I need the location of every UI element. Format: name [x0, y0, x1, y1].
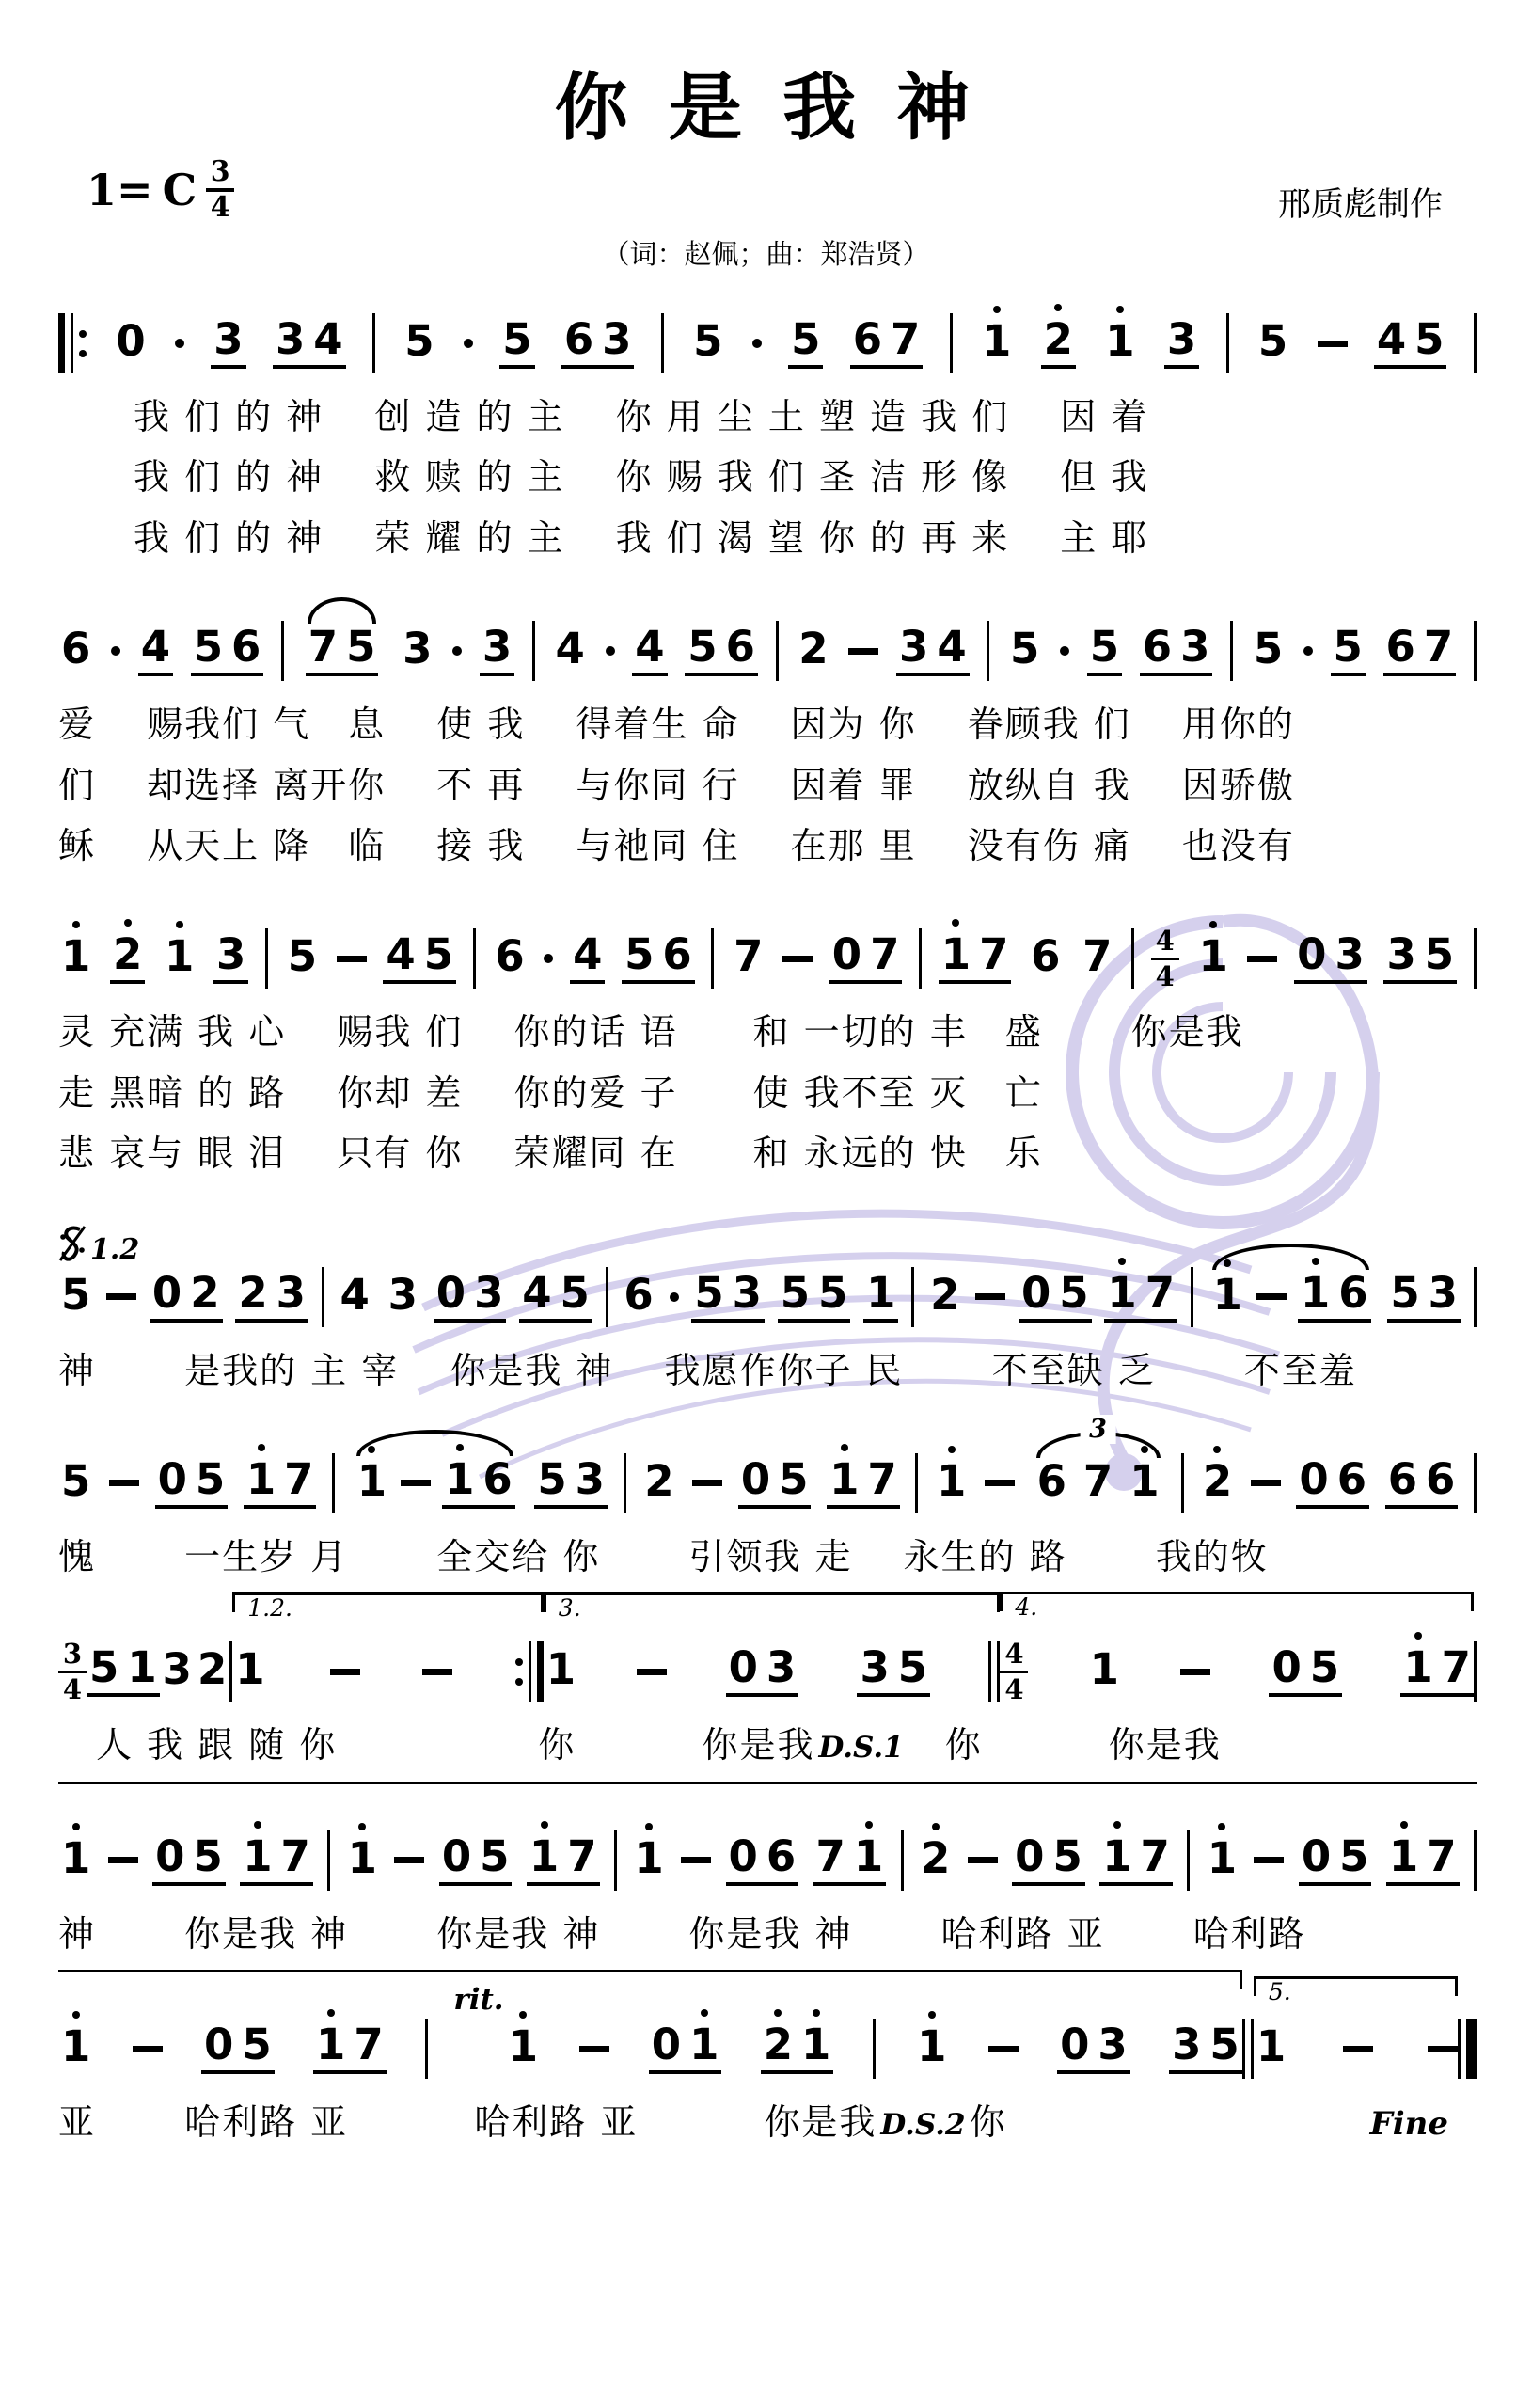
note-group: 05	[1012, 1835, 1085, 1886]
volta-content: 1051710517106712051710517	[58, 1830, 1477, 1891]
octave-dot	[368, 1446, 375, 1453]
time-signature: 44	[1000, 1640, 1028, 1703]
note-digit: 5	[1334, 626, 1363, 668]
note-digit: 4	[1377, 318, 1406, 360]
note-digit: 1	[61, 2025, 90, 2067]
note-group: 1	[232, 1648, 267, 1695]
note-group: 2	[796, 627, 830, 674]
barline	[1474, 1641, 1477, 1702]
lyric-text: 灵 充满 我 心 赐我 们 你的话 语 和 一切的 丰 盛 你是我	[58, 1009, 1244, 1055]
note-group: 1	[1102, 320, 1137, 367]
note-digit: 5	[196, 1458, 225, 1500]
barline	[327, 1830, 330, 1891]
note-group: 5	[285, 935, 320, 982]
note-digit: 5	[1090, 626, 1119, 668]
note-digit: 6	[231, 626, 261, 668]
note-digit: 5	[194, 626, 223, 668]
repeat-dots	[515, 1658, 523, 1686]
note-digit: 1	[445, 1458, 474, 1500]
note-digit: 6	[662, 933, 691, 975]
octave-dot	[645, 1823, 653, 1830]
barline	[1458, 2019, 1461, 2079]
note-digit: 7	[308, 626, 338, 668]
note-digit: 3	[1335, 933, 1364, 975]
note-group: 34	[896, 626, 970, 676]
note-digit: 3	[403, 627, 432, 670]
barline	[661, 313, 664, 373]
time-denominator: 4	[63, 1676, 82, 1703]
barline	[372, 313, 375, 373]
note-digit: 0	[1302, 1835, 1331, 1877]
note-digit: 5	[89, 1646, 118, 1688]
note-group: 17	[1386, 1835, 1460, 1886]
note-group: 17	[240, 1835, 313, 1886]
note-digit: 1	[61, 1837, 90, 1879]
octave-dot	[254, 1821, 261, 1829]
music-line: 10517rit.10121103355.1亚 哈利路 亚 哈利路 亚 你是我D…	[58, 2012, 1477, 2146]
volta-bracket: 1.2.1	[232, 1641, 544, 1702]
note-digit: 7	[734, 935, 763, 977]
note-group: 35	[1169, 2023, 1242, 2074]
note-group: 16	[1298, 1272, 1371, 1323]
note-group: 2	[195, 1648, 229, 1695]
ds-marker: D.S.2	[880, 2106, 965, 2144]
note-group: 05	[152, 1835, 226, 1886]
note-digit: 0	[152, 1272, 182, 1314]
note-digit: 6	[1426, 1458, 1455, 1500]
octave-dot	[519, 2011, 527, 2019]
note-digit: 5	[1059, 1272, 1088, 1314]
note-group: 05	[155, 1458, 229, 1509]
note-digit: 5	[687, 626, 717, 668]
note-group: 2	[918, 1837, 953, 1884]
lyric-row: 我 们 的 神 荣 耀 的 主 我 们 渴 望 你 的 再 来 主 耶	[58, 515, 1477, 562]
note-digit: 5	[1254, 627, 1283, 670]
note-digit: 3	[1167, 318, 1196, 360]
note-digit: 0	[155, 1835, 184, 1877]
music-line: 1213545645670717674410335灵 充满 我 心 赐我 们 你…	[58, 922, 1477, 1177]
note-digit: 1	[866, 1272, 895, 1314]
octave-dot	[1414, 1632, 1422, 1640]
note-group: 03	[726, 1646, 799, 1697]
duration-dash	[1428, 2046, 1458, 2052]
note-group: 1	[58, 935, 93, 982]
note-group: 3	[386, 1274, 420, 1321]
note-group: 06	[1296, 1458, 1369, 1509]
note-group: 7	[1081, 1460, 1115, 1507]
note-digit: 1	[1256, 2025, 1286, 2067]
note-group: 21	[761, 2023, 834, 2074]
duration-dash	[985, 1480, 1015, 1486]
note-digit: 3	[1386, 933, 1415, 975]
barline	[1131, 928, 1134, 989]
time-signature: 3 4	[206, 158, 234, 222]
tie-slur: 116	[1207, 1272, 1375, 1323]
notation-row: 10517rit.10121103355.1	[58, 2012, 1477, 2085]
note-digit: 7	[1083, 1460, 1113, 1502]
note-digit: 1	[348, 1837, 377, 1879]
lyric-text: 人 我 跟 随 你 你 你是我	[58, 1722, 814, 1768]
note-digit: 1	[982, 320, 1011, 362]
note-digit: 5	[61, 1274, 90, 1316]
note-group: 3	[400, 627, 434, 674]
note-group: 1	[58, 2025, 93, 2072]
note-digit: 1	[937, 1460, 966, 1502]
note-group: 67	[850, 318, 924, 369]
note-group: 5	[58, 1460, 93, 1507]
note-digit: 1	[941, 933, 971, 975]
note-group: 4	[553, 627, 588, 674]
time-denominator: 4	[211, 194, 230, 222]
note-digit: 6	[766, 1835, 796, 1877]
note-digit: 3	[388, 1274, 418, 1316]
lyric-row: 亚 哈利路 亚 哈利路 亚 你是我D.S.2你Fine	[58, 2099, 1477, 2146]
note-group: 71	[813, 1835, 887, 1886]
note-digit: 1	[546, 1648, 576, 1690]
key-letter: C	[163, 165, 197, 215]
note-group: 2	[641, 1460, 676, 1507]
note-digit: 6	[624, 1274, 653, 1316]
note-group: 1	[863, 1272, 898, 1323]
tie-slur: 116	[351, 1458, 519, 1509]
note-digit: 1	[1208, 1837, 1237, 1879]
note-group: 5	[690, 320, 725, 367]
note-group: 05	[439, 1835, 513, 1886]
time-denominator: 4	[1004, 1676, 1023, 1703]
duration-dash	[988, 2046, 1019, 2052]
note-digit: 4	[340, 1274, 370, 1316]
lyric-text: 爱 赐我们 气 息 使 我 得着生 命 因为 你 眷顾我 们 用你的	[58, 702, 1295, 748]
note-digit: 6	[482, 1458, 512, 1500]
note-digit: 5	[791, 318, 820, 360]
barline	[873, 2019, 876, 2079]
note-digit: 4	[573, 933, 602, 975]
time-numerator: 3	[211, 158, 230, 186]
note-digit: 1	[316, 2023, 345, 2066]
note-digit: 1	[529, 1835, 559, 1877]
octave-dot	[865, 1821, 873, 1829]
note-digit: 4	[635, 626, 664, 668]
note-group: 1	[1087, 1648, 1122, 1695]
note-group: 1	[1195, 935, 1230, 982]
note-digit: 3	[1098, 2023, 1127, 2066]
note-group: 56	[685, 626, 758, 676]
note-digit: 1	[165, 935, 194, 977]
note-group: 6	[1034, 1460, 1069, 1507]
note-group: 6	[58, 627, 93, 674]
duration-dash	[692, 1480, 722, 1486]
note-digit: 1	[917, 2025, 946, 2067]
barline	[624, 1453, 626, 1513]
note-digit: 5	[404, 320, 434, 362]
note-digit: 6	[1386, 626, 1415, 668]
note-digit: 4	[522, 1272, 551, 1314]
note-group: 1	[979, 320, 1014, 367]
note-digit: 0	[652, 2023, 681, 2066]
note-digit: 3	[1172, 2023, 1201, 2066]
duration-dash	[106, 1293, 136, 1300]
double-barline	[1242, 2019, 1254, 2079]
note-digit: 5	[1339, 1835, 1368, 1877]
barline	[1474, 621, 1477, 681]
note-group: 5	[1007, 627, 1042, 674]
duration-dash	[1256, 1293, 1287, 1300]
duration-dash	[975, 1293, 1005, 1300]
note-digit: 3	[474, 1272, 503, 1314]
note-digit: 3	[576, 1458, 605, 1500]
note-group: 53	[1387, 1272, 1461, 1323]
note-group: 07	[829, 933, 903, 984]
notation-row: 64567533445623455635567	[58, 614, 1477, 688]
note-digit: 1	[127, 1646, 156, 1688]
note-digit: 0	[1271, 1646, 1301, 1688]
octave-dot	[932, 1823, 940, 1830]
duration-dash	[637, 1669, 667, 1675]
note-digit: 2	[930, 1274, 959, 1316]
barline	[332, 1453, 335, 1513]
note-group: 02	[150, 1272, 223, 1323]
note-digit: 5	[1258, 320, 1287, 362]
note-digit: 0	[436, 1272, 466, 1314]
volta-bracket: 5.1	[1254, 2025, 1458, 2072]
barline	[1242, 2019, 1245, 2079]
note-digit: 2	[190, 1272, 219, 1314]
note-digit: 1	[1105, 320, 1134, 362]
note-digit: 0	[832, 933, 861, 975]
note-digit: 5	[61, 1460, 90, 1502]
note-digit: 7	[816, 1835, 845, 1877]
music-line: 0334556355671213545 我 们 的 神 创 造 的 主 你 用 …	[58, 307, 1477, 562]
note-group: 5	[1256, 320, 1290, 367]
note-digit: 6	[564, 318, 593, 360]
note-group: 45	[383, 933, 456, 984]
octave-dot	[1118, 1258, 1126, 1265]
note-digit: 1	[1090, 1648, 1119, 1690]
lyric-row: 们 却选择 离开你 不 再 与你同 行 因着 罪 放纵自 我 因骄傲	[58, 763, 1477, 809]
note-digit: 5	[1390, 1272, 1419, 1314]
augmentation-dot	[670, 1292, 679, 1302]
note-digit: 1	[689, 2023, 719, 2066]
barline	[473, 928, 476, 989]
note-group: 4	[570, 933, 605, 984]
note-group: 45	[1374, 318, 1447, 369]
note-digit: 1	[829, 1458, 859, 1500]
note-digit: 3	[482, 626, 512, 668]
octave-dot	[928, 2011, 936, 2019]
repeat-dots	[79, 330, 87, 357]
volta-content: 10517rit.1012110335	[58, 2019, 1242, 2079]
duration-dash	[337, 956, 367, 962]
music-line: 3451321.2.13.103354.4410517 人 我 跟 随 你 你 …	[58, 1635, 1477, 1768]
note-digit: 1	[801, 2023, 830, 2066]
augmentation-dot	[175, 339, 184, 348]
duration-dash	[968, 1857, 998, 1863]
octave-dot	[1209, 921, 1217, 928]
note-digit: 0	[116, 320, 145, 362]
key-signature: 1= C 3 4	[87, 158, 234, 222]
note-group: 63	[561, 318, 635, 369]
duration-dash	[1318, 341, 1348, 347]
note-group: 2	[1041, 318, 1076, 369]
barline	[265, 928, 268, 989]
lyric-text: 你	[970, 2099, 1007, 2146]
barline	[711, 928, 714, 989]
lyric-text: 走 黑暗 的 路 你却 差 你的爱 子 使 我不至 灭 亡	[58, 1070, 1043, 1117]
volta-content: 1	[232, 1641, 544, 1702]
note-digit: 1	[634, 1837, 663, 1879]
volta-content: 10335	[544, 1641, 1001, 1702]
barline	[901, 1830, 904, 1891]
note-group: 51	[87, 1646, 160, 1697]
duration-dash	[579, 2046, 609, 2052]
note-group: 05	[201, 2023, 275, 2074]
note-group: 3	[211, 318, 245, 369]
lyric-row: 人 我 跟 随 你 你 你是我D.S.1 你 你是我	[58, 1722, 1477, 1768]
note-digit: 3	[766, 1646, 796, 1688]
note-group: 01	[649, 2023, 722, 2074]
note-digit: 5	[502, 318, 531, 360]
note-group: 17	[1099, 1835, 1173, 1886]
octave-dot	[993, 306, 1001, 313]
note-group: 53	[691, 1272, 765, 1323]
fine-marker: Fine	[1370, 2103, 1448, 2145]
note-digit: 4	[386, 933, 415, 975]
lyric-text: 稣 从天上 降 临 接 我 与祂同 住 在那 里 没有伤 痛 也没有	[58, 823, 1295, 869]
note-group: 1	[544, 1648, 578, 1695]
note-digit: 7	[1442, 1646, 1471, 1688]
barline	[322, 1267, 324, 1327]
note-group: 7	[1080, 935, 1114, 982]
barline	[606, 1267, 608, 1327]
note-digit: 0	[729, 1835, 758, 1877]
note-group: 17	[527, 1835, 600, 1886]
note-group: 5	[1087, 626, 1122, 676]
octave-dot	[456, 1444, 464, 1451]
note-digit: 0	[1060, 2023, 1089, 2066]
barline	[987, 621, 989, 681]
note-group: 75	[306, 626, 379, 676]
time-signature: 44	[1151, 927, 1179, 990]
note-digit: 5	[346, 626, 375, 668]
barline	[915, 1453, 918, 1513]
note-digit: 1	[61, 935, 90, 977]
note-group: 1	[631, 1837, 666, 1884]
notation-row: 1213545645670717674410335	[58, 922, 1477, 995]
note-digit: 6	[1143, 626, 1172, 668]
note-digit: 1	[1389, 1835, 1418, 1877]
volta-content: 4410517	[1000, 1640, 1474, 1703]
note-digit: 5	[1310, 1646, 1339, 1688]
barline	[532, 621, 535, 681]
note-digit: 5	[561, 1272, 590, 1314]
barline	[1191, 1267, 1193, 1327]
double-barline	[988, 1641, 1000, 1702]
note-digit: 3	[216, 933, 245, 975]
note-group: 56	[191, 626, 264, 676]
octave-dot	[327, 2009, 335, 2017]
note-digit: 5	[288, 935, 317, 977]
volta-continuation: 10517rit.1012110335	[58, 2019, 1242, 2079]
note-digit: 4	[141, 626, 170, 668]
barline	[529, 1641, 531, 1702]
note-group: 1	[58, 1837, 93, 1884]
octave-dot	[841, 1444, 848, 1451]
note-group: 3	[480, 626, 514, 676]
note-digit: 6	[1037, 1460, 1066, 1502]
volta-bracket: 3.10335	[544, 1641, 1001, 1702]
note-group: 05	[1019, 1272, 1092, 1323]
lyric-text: 我 们 的 神 救 赎 的 主 你 赐 我 们 圣 洁 形 像 但 我	[58, 454, 1148, 500]
note-digit: 3	[602, 318, 631, 360]
duration-dash	[401, 1480, 431, 1486]
note-group: 35	[857, 1646, 930, 1697]
note-digit: 2	[1203, 1460, 1232, 1502]
music-line: 64567533445623455635567爱 赐我们 气 息 使 我 得着生…	[58, 614, 1477, 869]
notation-row: 5051711653205171367120666	[58, 1447, 1477, 1520]
note-group: 06	[726, 1835, 799, 1886]
note-digit: 6	[853, 318, 882, 360]
music-line: 1051710517106712051710517神 你是我 神 你是我 神 你…	[58, 1824, 1477, 1957]
note-digit: 0	[1297, 933, 1326, 975]
octave-dot	[176, 921, 183, 928]
lyric-row: 走 黑暗 的 路 你却 差 你的爱 子 使 我不至 灭 亡	[58, 1070, 1477, 1117]
note-digit: 2	[644, 1460, 673, 1502]
lyric-text: 我 们 的 神 创 造 的 主 你 用 尘 土 塑 造 我 们 因 着	[58, 394, 1148, 440]
notation-row: 502234303456535512051711653	[58, 1260, 1477, 1334]
note-digit: 5	[898, 1646, 927, 1688]
octave-dot	[1218, 1823, 1225, 1830]
barline	[1466, 2019, 1477, 2079]
note-digit: 1	[1102, 1835, 1131, 1877]
barline	[281, 621, 284, 681]
barline	[71, 313, 73, 373]
barline	[1226, 313, 1229, 373]
note-digit: 0	[158, 1458, 187, 1500]
note-digit: 0	[1299, 1458, 1328, 1500]
note-digit: 5	[193, 1835, 222, 1877]
note-group: 1	[1254, 2025, 1288, 2072]
song-title: 你 是 我 神	[0, 49, 1532, 154]
note-digit: 0	[729, 1646, 758, 1688]
note-group: 16	[442, 1458, 515, 1509]
note-digit: 7	[284, 1458, 313, 1500]
octave-dot	[774, 2009, 782, 2017]
octave-dot	[72, 921, 80, 928]
octave-dot	[813, 2009, 820, 2017]
lyric-text: 亚 哈利路 亚 哈利路 亚 你是我	[58, 2099, 877, 2146]
note-group: 05	[1269, 1646, 1342, 1697]
barline	[58, 313, 65, 373]
note-digit: 7	[891, 318, 920, 360]
barline	[1474, 1453, 1477, 1513]
note-digit: 7	[867, 1458, 896, 1500]
note-digit: 5	[1425, 933, 1454, 975]
octave-dot	[952, 919, 959, 927]
lyric-row: 悲 哀与 眼 泪 只有 你 荣耀同 在 和 永远的 快 乐	[58, 1131, 1477, 1177]
note-group: 17	[827, 1458, 900, 1509]
note-digit: 1	[1129, 1460, 1159, 1502]
note-digit: 7	[870, 933, 899, 975]
octave-dot	[1224, 1259, 1231, 1267]
note-digit: 2	[238, 1272, 267, 1314]
note-digit: 1	[243, 1835, 272, 1877]
note-digit: 1	[1107, 1272, 1136, 1314]
note-digit: 2	[1044, 318, 1073, 360]
note-group: 03	[434, 1272, 507, 1323]
octave-dot	[1141, 1446, 1148, 1453]
duration-dash	[422, 1669, 452, 1675]
note-digit: 7	[979, 933, 1008, 975]
